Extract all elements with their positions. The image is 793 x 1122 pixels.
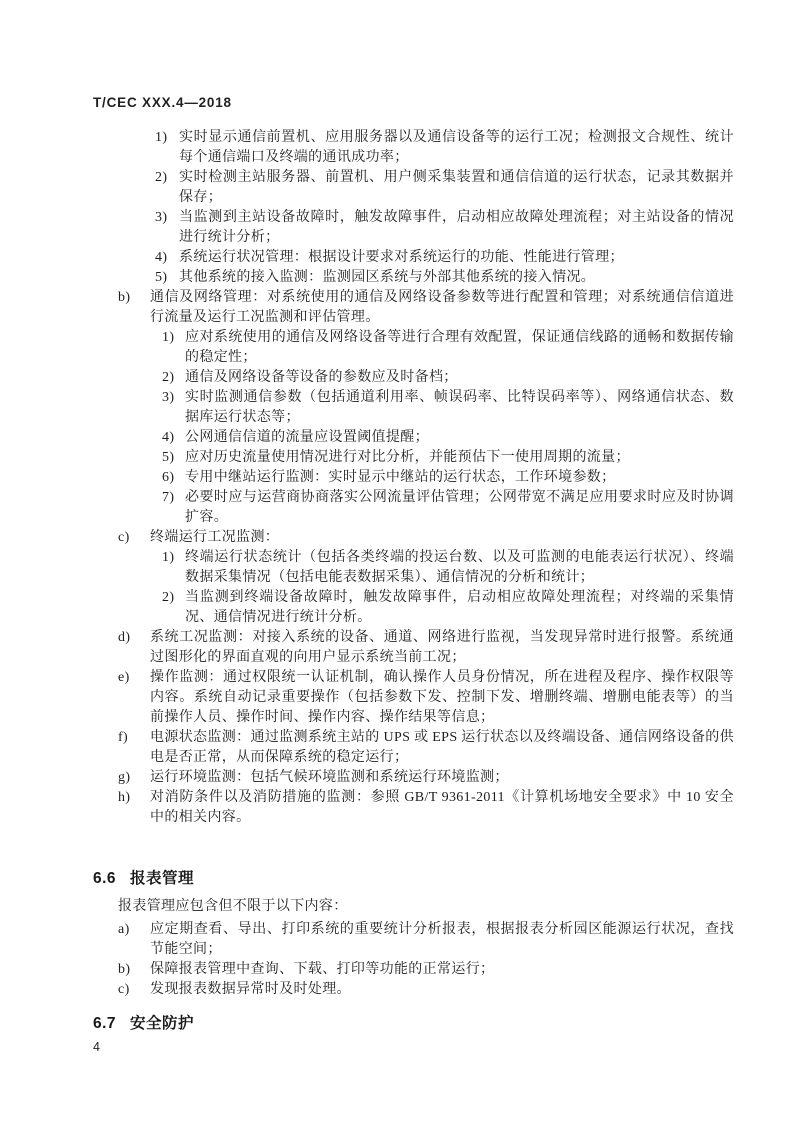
sub-list-item: 4) 公网通信信道的流量应设置阈值提醒； [150,428,734,448]
sub-list-item: 1) 应对系统使用的通信及网络设备等进行合理有效配置，保证通信线路的通畅和数据传… [150,328,734,368]
item-label: 2) [162,588,185,608]
requirements-list: 1) 实时显示通信前置机、应用服务器以及通信设备等的运行工况；检测报文合规性、统… [93,128,734,828]
list-item-e: e) 操作监测：通过权限统一认证机制，确认操作人员身份情况，所在进程及程序、操作… [93,668,734,728]
list-item-c: c) 终端运行工况监测： 1) 终端运行状态统计（包括各类终端的投运台数、以及可… [93,528,734,628]
item-label: 5) [162,448,185,468]
sub-list-item: 3) 实时监测通信参数（包括通道利用率、帧误码率、比特误码率等）、网络通信状态、… [150,388,734,428]
sub-list-item: 1) 终端运行状态统计（包括各类终端的投运台数、以及可监测的电能表运行状况）、终… [150,548,734,588]
list-item-d: d) 系统工况监测：对接入系统的设备、通道、网络进行监视，当发现异常时进行报警。… [93,628,734,668]
section-title: 安全防护 [130,1013,194,1035]
item-text: 通信及网络设备等设备的参数应及时备档； [185,368,458,388]
list-item-g: g) 运行环境监测：包括气候环境监测和系统运行环境监测； [93,768,734,788]
list-item-h: h) 对消防条件以及消防措施的监测：参照 GB/T 9361-2011《计算机场… [93,788,734,828]
item-label: 1) [155,128,179,148]
item-text: 当监测到主站设备故障时，触发故障事件，启动相应故障处理流程；对主站设备的情况进行… [179,208,734,248]
item-label: 3) [155,208,179,228]
item-label: 1) [162,328,185,348]
item-label: g) [118,768,150,788]
list-item-b: b) 通信及网络管理：对系统使用的通信及网络设备参数等进行配置和管理；对系统通信… [93,288,734,528]
sub-list-item: 2) 当监测到终端设备故障时，触发故障事件，启动相应故障处理流程；对终端的采集情… [150,588,734,628]
item-text: 运行环境监测：包括气候环境监测和系统运行环境监测； [150,768,734,788]
item-text: 实时检测主站服务器、前置机、用户侧采集装置和通信信道的运行状态，记录其数据并保存… [179,168,734,208]
item-label: 2) [155,168,179,188]
sub-list-item: 2) 通信及网络设备等设备的参数应及时备档； [150,368,734,388]
item-label: 5) [155,268,179,288]
item-text: 应对系统使用的通信及网络设备等进行合理有效配置，保证通信线路的通畅和数据传输的稳… [185,328,734,368]
item-body: 终端运行工况监测： 1) 终端运行状态统计（包括各类终端的投运台数、以及可监测的… [150,528,734,628]
item-text: 其他系统的接入监测：监测园区系统与外部其他系统的接入情况。 [179,268,595,288]
item-text: 专用中继站运行监测：实时显示中继站的运行状态，工作环境参数； [185,468,616,488]
item-label: h) [118,788,150,808]
document-code-header: T/CEC XXX.4—2018 [93,95,232,110]
item-text: 通信及网络管理：对系统使用的通信及网络设备参数等进行配置和管理；对系统通信信道进… [150,288,734,328]
item-text: 保障报表管理中查询、下载、打印等功能的正常运行； [150,960,734,980]
item-label: c) [118,528,150,548]
item-text: 对消防条件以及消防措施的监测：参照 GB/T 9361-2011《计算机场地安全… [150,788,734,828]
list-item: 5) 其他系统的接入监测：监测园区系统与外部其他系统的接入情况。 [93,268,734,288]
item-text: 应定期查看、导出、打印系统的重要统计分析报表，根据报表分析园区能源运行状况，查找… [150,920,734,960]
section-heading-6-6: 6.6 报表管理 [93,868,194,890]
section-intro: 报表管理应包含但不限于以下内容： [118,897,734,917]
section-heading-6-7: 6.7 安全防护 [93,1013,194,1035]
item-label: b) [118,960,150,980]
item-text: 操作监测：通过权限统一认证机制，确认操作人员身份情况，所在进程及程序、操作权限等… [150,668,734,728]
sub-list-item: 5) 应对历史流量使用情况进行对比分析，并能预估下一使用周期的流量； [150,448,734,468]
item-label: 6) [162,468,185,488]
item-body: 通信及网络管理：对系统使用的通信及网络设备参数等进行配置和管理；对系统通信信道进… [150,288,734,528]
item-text: 系统运行状况管理：根据设计要求对系统运行的功能、性能进行管理； [179,248,624,268]
item-label: 7) [162,488,185,508]
item-text: 电源状态监测：通过监测系统主站的 UPS 或 EPS 运行状态以及终端设备、通信… [150,728,734,768]
item-text: 实时监测通信参数（包括通道利用率、帧误码率、比特误码率等）、网络通信状态、数据库… [185,388,734,428]
item-text: 当监测到终端设备故障时，触发故障事件，启动相应故障处理流程；对终端的采集情况、通… [185,588,734,628]
item-text: 发现报表数据异常时及时处理。 [150,980,734,1000]
item-label: 2) [162,368,185,388]
item-label: b) [118,288,150,308]
item-text: 终端运行状态统计（包括各类终端的投运台数、以及可监测的电能表运行状况）、终端数据… [185,548,734,588]
list-item-f: f) 电源状态监测：通过监测系统主站的 UPS 或 EPS 运行状态以及终端设备… [93,728,734,768]
section-number: 6.6 [93,868,130,890]
list-item: 3) 当监测到主站设备故障时，触发故障事件，启动相应故障处理流程；对主站设备的情… [93,208,734,248]
list-item: 1) 实时显示通信前置机、应用服务器以及通信设备等的运行工况；检测报文合规性、统… [93,128,734,168]
item-text: 应对历史流量使用情况进行对比分析，并能预估下一使用周期的流量； [185,448,630,468]
page-number: 4 [93,1040,100,1054]
item-label: 4) [162,428,185,448]
list-item: b) 保障报表管理中查询、下载、打印等功能的正常运行； [93,960,734,980]
item-label: d) [118,628,150,648]
item-text: 公网通信信道的流量应设置阈值提醒； [185,428,429,448]
item-label: 3) [162,388,185,408]
list-item: c) 发现报表数据异常时及时处理。 [93,980,734,1000]
item-text: 系统工况监测：对接入系统的设备、通道、网络进行监视，当发现异常时进行报警。系统通… [150,628,734,668]
item-label: a) [118,920,150,940]
item-label: f) [118,728,150,748]
section-6-6-body: 报表管理应包含但不限于以下内容： a) 应定期查看、导出、打印系统的重要统计分析… [93,897,734,1000]
list-item: 2) 实时检测主站服务器、前置机、用户侧采集装置和通信信道的运行状态，记录其数据… [93,168,734,208]
sub-list-item: 7) 必要时应与运营商协商落实公网流量评估管理；公网带宽不满足应用要求时应及时协… [150,488,734,528]
item-label: e) [118,668,150,688]
item-label: 1) [162,548,185,568]
list-item: a) 应定期查看、导出、打印系统的重要统计分析报表，根据报表分析园区能源运行状况… [93,920,734,960]
section-number: 6.7 [93,1013,130,1035]
document-page: T/CEC XXX.4—2018 1) 实时显示通信前置机、应用服务器以及通信设… [0,0,793,1122]
list-item: 4) 系统运行状况管理：根据设计要求对系统运行的功能、性能进行管理； [93,248,734,268]
sub-list-item: 6) 专用中继站运行监测：实时显示中继站的运行状态，工作环境参数； [150,468,734,488]
item-text: 终端运行工况监测： [150,528,734,548]
item-label: c) [118,980,150,1000]
item-label: 4) [155,248,179,268]
section-title: 报表管理 [130,868,194,890]
item-text: 实时显示通信前置机、应用服务器以及通信设备等的运行工况；检测报文合规性、统计每个… [179,128,734,168]
item-text: 必要时应与运营商协商落实公网流量评估管理；公网带宽不满足应用要求时应及时协调扩容… [185,488,734,528]
